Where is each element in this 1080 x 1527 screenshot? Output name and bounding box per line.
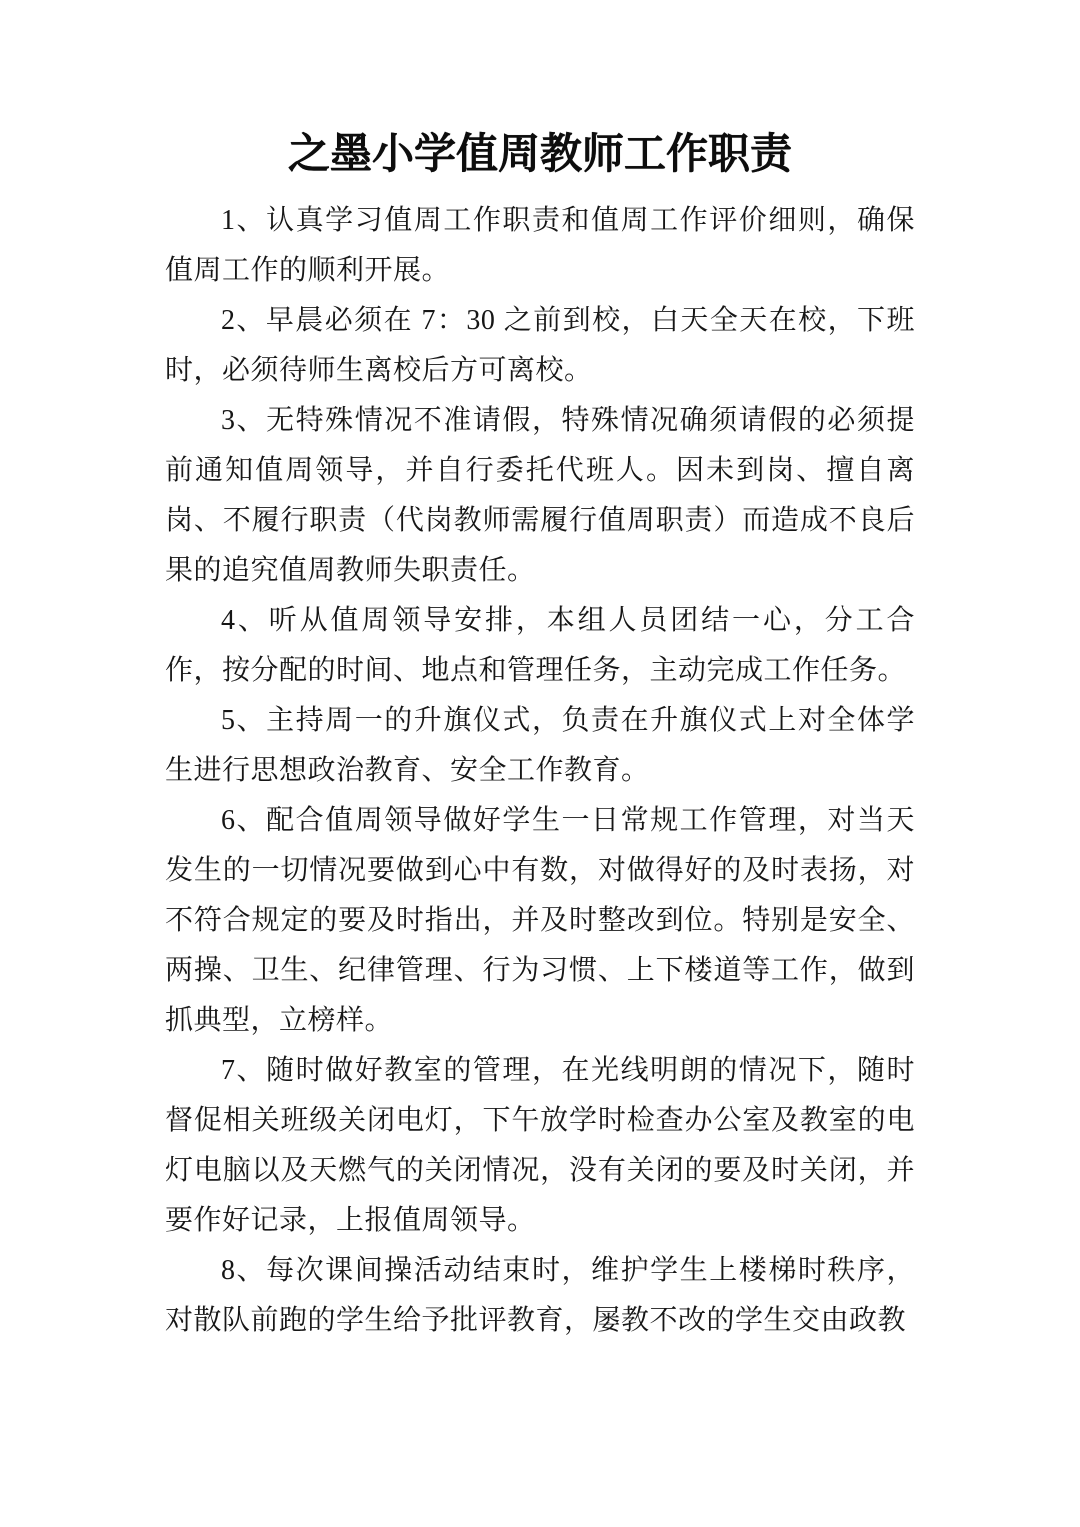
document-title: 之墨小学值周教师工作职责 bbox=[165, 128, 915, 182]
document-body: 1、认真学习值周工作职责和值周工作评价细则，确保值周工作的顺利开展。 2、早晨必… bbox=[165, 196, 915, 1346]
document-page: 之墨小学值周教师工作职责 1、认真学习值周工作职责和值周工作评价细则，确保值周工… bbox=[0, 0, 1080, 1527]
paragraph-5: 5、主持周一的升旗仪式，负责在升旗仪式上对全体学生进行思想政治教育、安全工作教育… bbox=[165, 696, 915, 796]
paragraph-6: 6、配合值周领导做好学生一日常规工作管理，对当天发生的一切情况要做到心中有数，对… bbox=[165, 796, 915, 1046]
paragraph-8: 8、每次课间操活动结束时，维护学生上楼梯时秩序，对散队前跑的学生给予批评教育，屡… bbox=[165, 1246, 915, 1346]
paragraph-4: 4、听从值周领导安排，本组人员团结一心，分工合作，按分配的时间、地点和管理任务，… bbox=[165, 596, 915, 696]
paragraph-1: 1、认真学习值周工作职责和值周工作评价细则，确保值周工作的顺利开展。 bbox=[165, 196, 915, 296]
paragraph-3: 3、无特殊情况不准请假，特殊情况确须请假的必须提前通知值周领导，并自行委托代班人… bbox=[165, 396, 915, 596]
paragraph-7: 7、随时做好教室的管理，在光线明朗的情况下，随时督促相关班级关闭电灯，下午放学时… bbox=[165, 1046, 915, 1246]
paragraph-2: 2、早晨必须在 7：30 之前到校，白天全天在校，下班时，必须待师生离校后方可离… bbox=[165, 296, 915, 396]
